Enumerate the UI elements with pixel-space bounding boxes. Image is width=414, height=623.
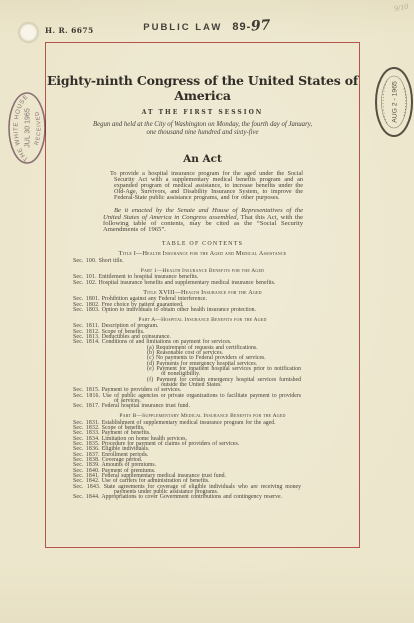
scanned-document-page: H. R. 6675 PUBLIC LAW 89-97 9/10 Eighty-… [0,0,414,623]
public-law-number-stamped: 89- [232,21,251,33]
session-line: AT THE FIRST SESSION [46,109,359,116]
toc-heading-line: Title I—Health Insurance for the Aged an… [56,250,349,257]
toc-section: Sec. 100. Short title. [73,259,301,264]
begun-line-1: Begun and held at the City of Washington… [46,121,359,129]
svg-text:· · · · · · · · · ·: · · · · · · · · · · [402,87,410,117]
public-law-number-handwritten: 97 [251,17,272,34]
begun-lines: Begun and held at the City of Washington… [46,121,359,138]
toc-heading-line: Part 1—Health Insurance Benefits for the… [56,268,349,274]
public-law-stamp: PUBLIC LAW 89-97 [0,17,414,35]
toc-section: Sec. 1803. Option to individuals to obta… [73,308,301,313]
toc-heading-line: Title XVIII—Health Insurance for the Age… [56,289,349,296]
toc-section: Sec. 1817. Federal hospital insurance tr… [73,404,301,409]
white-house-received-stamp: THE WHITE HOUSE JUL 30 1965 RECEIVED [7,90,47,166]
preamble-paragraph: To provide a hospital insurance program … [110,171,303,200]
pencil-note: 9/10 [393,2,409,13]
stamp-arc-bottom-text: RECEIVED [34,110,43,146]
document-rule-border: Eighty-ninth Congress of the United Stat… [45,42,360,548]
oval-stamp-icon: · · · · · · · · · · · · · · AUG 2 - 1965… [374,66,414,138]
toc-section: Sec. 102. Hospital insurance benefits an… [73,281,301,286]
svg-text:RECEIVED: RECEIVED [34,110,43,146]
archives-received-stamp: · · · · · · · · · · · · · · AUG 2 - 1965… [374,66,414,138]
svg-text:· · · · · · · · · · · · · ·: · · · · · · · · · · · · · · [381,80,391,124]
toc-heading-line: Part A—Hospital Insurance Benefits for t… [56,317,349,323]
congress-title: Eighty-ninth Congress of the United Stat… [46,73,359,103]
toc-heading-line: Part B—Supplementary Medical Insurance B… [56,413,349,419]
toc-heading: TABLE OF CONTENTS [46,241,359,247]
toc-section: Sec. 1844. Appropriations to cover Gover… [73,495,301,500]
stamp-arc-top-text: · · · · · · · · · · · · · · [381,80,391,124]
stamp-arc-bottom-text: · · · · · · · · · · [402,87,410,117]
public-law-label: PUBLIC LAW [143,22,222,33]
stamp-date-text: JUL 30 1965 [25,108,32,148]
oval-stamp-icon: THE WHITE HOUSE JUL 30 1965 RECEIVED [7,90,47,166]
stamp-date-text: AUG 2 - 1965 [392,81,399,123]
toc-list: Title I—Health Insurance for the Aged an… [46,250,359,500]
begun-line-2: one thousand nine hundred and sixty-five [46,129,359,137]
enacting-clause: Be it enacted by the Senate and House of… [103,208,303,233]
act-heading: An Act [46,153,359,165]
